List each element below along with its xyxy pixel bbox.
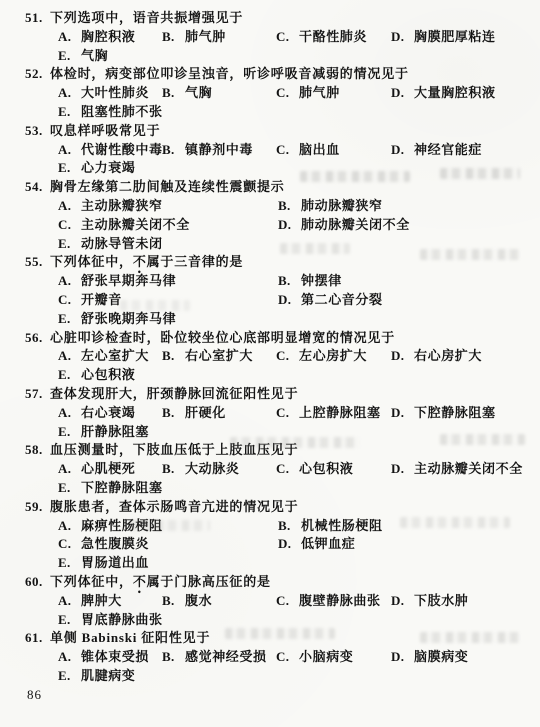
- option-label: E.: [58, 667, 81, 686]
- question-53: 53.叹息样呼吸常见于A.代谢性酸中毒B.镇静剂中毒C.脑出血D.神经官能症E.…: [0, 122, 540, 178]
- question-stem: 血压测量时，下肢血压低于上肢血压见于: [50, 442, 298, 457]
- question-list: 51.下列选项中，语音共振增强见于A.胸腔积液B.肺气肿C.干酪性肺炎D.胸膜肥…: [0, 9, 540, 686]
- question-60: 60.下列体征中，不属于门脉高压征的是A.脾肿大B.腹水C.腹壁静脉曲张D.下肢…: [0, 573, 540, 629]
- option-text: 气胸: [185, 85, 212, 100]
- option-text: 肺动脉瓣狭窄: [301, 198, 383, 213]
- option-D: D.右心房扩大: [391, 347, 482, 366]
- option-label: D.: [391, 460, 414, 479]
- option-D: D.第二心音分裂: [278, 291, 383, 310]
- option-E: E.胃肠道出血: [58, 554, 149, 573]
- option-label: C.: [276, 592, 299, 611]
- option-text: 左心室扩大: [81, 348, 149, 363]
- option-label: E.: [58, 479, 81, 498]
- option-label: C.: [58, 535, 81, 554]
- question-stem: 腹胀患者，查体示肠鸣音亢进的情况见于: [50, 499, 298, 514]
- option-text: 脑膜病变: [414, 649, 468, 664]
- option-text: 大叶性肺炎: [81, 85, 149, 100]
- emphasized-char: 不: [133, 254, 147, 269]
- option-C: C.肺气肿: [276, 84, 340, 103]
- option-B: B.肺气肿: [162, 28, 226, 47]
- option-text: 干酪性肺炎: [299, 29, 367, 44]
- option-C: C.主动脉瓣关闭不全: [58, 216, 190, 235]
- option-text: 肝硬化: [185, 405, 226, 420]
- option-label: B.: [162, 404, 185, 423]
- option-label: B.: [162, 84, 185, 103]
- option-label: A.: [58, 460, 81, 479]
- option-text: 心肌梗死: [81, 461, 135, 476]
- question-56: 56.心脏叩诊检查时，卧位较坐位心底部明显增宽的情况见于A.左心室扩大B.右心室…: [0, 329, 540, 385]
- option-label: D.: [391, 404, 414, 423]
- question-57: 57.查体发现肝大，肝颈静脉回流征阳性见于A.右心衰竭B.肝硬化C.上腔静脉阻塞…: [0, 385, 540, 441]
- option-label: A.: [58, 28, 81, 47]
- question-number: 53.: [25, 122, 50, 141]
- question-59: 59.腹胀患者，查体示肠鸣音亢进的情况见于A.麻痹性肠梗阻B.机械性肠梗阻C.急…: [0, 498, 540, 573]
- option-text: 动脉导管未闭: [81, 236, 163, 251]
- option-A: A.代谢性酸中毒: [58, 141, 163, 160]
- option-text: 舒张晚期奔马律: [81, 311, 176, 326]
- option-A: A.锥体束受损: [58, 648, 149, 667]
- option-label: E.: [58, 366, 81, 385]
- option-text: 左心房扩大: [299, 348, 367, 363]
- question-number: 57.: [25, 385, 50, 404]
- option-label: D.: [391, 648, 414, 667]
- option-C: C.上腔静脉阻塞: [276, 404, 381, 423]
- option-text: 胃肠道出血: [81, 555, 149, 570]
- option-label: D.: [391, 141, 414, 160]
- option-D: D.肺动脉瓣关闭不全: [278, 216, 410, 235]
- option-text: 心包积液: [299, 461, 353, 476]
- option-E: E.胃底静脉曲张: [58, 611, 163, 630]
- question-stem: 体检时，病变部位叩诊呈浊音，听诊呼吸音减弱的情况见于: [50, 66, 409, 81]
- option-B: B.大动脉炎: [162, 460, 239, 479]
- option-text: 右心室扩大: [185, 348, 253, 363]
- option-label: E.: [58, 554, 81, 573]
- option-text: 阻塞性肺不张: [81, 104, 163, 119]
- option-label: E.: [58, 159, 81, 178]
- option-text: 脾肿大: [81, 593, 122, 608]
- option-label: E.: [58, 103, 81, 122]
- option-label: E.: [58, 611, 81, 630]
- option-C: C.左心房扩大: [276, 347, 367, 366]
- option-text: 肝静脉阻塞: [81, 424, 149, 439]
- question-54: 54.胸骨左缘第二肋间触及连续性震颤提示A.主动脉瓣狭窄B.肺动脉瓣狭窄C.主动…: [0, 178, 540, 253]
- option-C: C.心包积液: [276, 460, 353, 479]
- question-number: 58.: [25, 441, 50, 460]
- option-text: 肌腱病变: [81, 668, 135, 683]
- option-text: 急性腹膜炎: [81, 536, 149, 551]
- option-B: B.肝硬化: [162, 404, 226, 423]
- option-label: D.: [391, 347, 414, 366]
- option-B: B.镇静剂中毒: [162, 141, 253, 160]
- option-text: 低钾血症: [301, 536, 355, 551]
- option-text: 心力衰竭: [81, 160, 135, 175]
- option-D: D.下肢水肿: [391, 592, 468, 611]
- option-A: A.心肌梗死: [58, 460, 135, 479]
- option-text: 开瓣音: [81, 292, 122, 307]
- option-C: C.急性腹膜炎: [58, 535, 149, 554]
- option-B: B.机械性肠梗阻: [278, 517, 383, 536]
- option-text: 主动脉瓣狭窄: [81, 198, 163, 213]
- option-label: C.: [276, 84, 299, 103]
- option-text: 右心房扩大: [414, 348, 482, 363]
- option-text: 肺气肿: [299, 85, 340, 100]
- question-52: 52.体检时，病变部位叩诊呈浊音，听诊呼吸音减弱的情况见于A.大叶性肺炎B.气胸…: [0, 65, 540, 121]
- option-label: B.: [162, 28, 185, 47]
- option-label: B.: [162, 347, 185, 366]
- question-stem: 查体发现肝大，肝颈静脉回流征阳性见于: [50, 386, 298, 401]
- option-label: A.: [58, 84, 81, 103]
- option-E: E.心力衰竭: [58, 159, 135, 178]
- option-text: 下肢水肿: [414, 593, 468, 608]
- option-label: C.: [276, 460, 299, 479]
- option-label: C.: [276, 404, 299, 423]
- option-A: A.脾肿大: [58, 592, 122, 611]
- question-61: 61.单侧 Babinski 征阳性见于A.锥体束受损B.感觉神经受损C.小脑病…: [0, 629, 540, 685]
- question-number: 59.: [25, 498, 50, 517]
- option-E: E.肝静脉阻塞: [58, 423, 149, 442]
- option-E: E.气胸: [58, 47, 108, 66]
- option-label: D.: [278, 216, 301, 235]
- question-number: 56.: [25, 329, 50, 348]
- option-label: A.: [58, 404, 81, 423]
- option-D: D.大量胸腔积液: [391, 84, 496, 103]
- option-label: D.: [278, 291, 301, 310]
- option-B: B.钟摆律: [278, 272, 342, 291]
- option-B: B.肺动脉瓣狭窄: [278, 197, 383, 216]
- option-B: B.感觉神经受损: [162, 648, 267, 667]
- question-51: 51.下列选项中，语音共振增强见于A.胸腔积液B.肺气肿C.干酪性肺炎D.胸膜肥…: [0, 9, 540, 65]
- option-label: E.: [58, 47, 81, 66]
- option-D: D.主动脉瓣关闭不全: [391, 460, 523, 479]
- option-label: C.: [276, 141, 299, 160]
- option-label: C.: [58, 291, 81, 310]
- option-label: C.: [276, 648, 299, 667]
- question-number: 60.: [25, 573, 50, 592]
- option-text: 心包积液: [81, 367, 135, 382]
- option-label: B.: [162, 648, 185, 667]
- option-A: A.舒张早期奔马律: [58, 272, 176, 291]
- option-text: 代谢性酸中毒: [81, 142, 163, 157]
- option-text: 小脑病变: [299, 649, 353, 664]
- question-number: 51.: [25, 9, 50, 28]
- option-label: D.: [278, 535, 301, 554]
- option-D: D.脑膜病变: [391, 648, 468, 667]
- option-E: E.舒张晚期奔马律: [58, 310, 176, 329]
- option-text: 上腔静脉阻塞: [299, 405, 381, 420]
- option-text: 大动脉炎: [185, 461, 239, 476]
- question-stem: 胸骨左缘第二肋间触及连续性震颤提示: [50, 179, 285, 194]
- question-stem: 下列体征中，不属于三音律的是: [50, 254, 243, 269]
- option-C: C.干酪性肺炎: [276, 28, 367, 47]
- option-label: C.: [276, 347, 299, 366]
- option-C: C.小脑病变: [276, 648, 353, 667]
- option-A: A.左心室扩大: [58, 347, 149, 366]
- option-label: A.: [58, 347, 81, 366]
- option-A: A.麻痹性肠梗阻: [58, 517, 163, 536]
- option-label: D.: [391, 28, 414, 47]
- option-label: C.: [276, 28, 299, 47]
- question-58: 58.血压测量时，下肢血压低于上肢血压见于A.心肌梗死B.大动脉炎C.心包积液D…: [0, 441, 540, 497]
- option-E: E.肌腱病变: [58, 667, 135, 686]
- option-text: 气胸: [81, 48, 108, 63]
- option-E: E.阻塞性肺不张: [58, 103, 163, 122]
- option-B: B.右心室扩大: [162, 347, 253, 366]
- option-text: 肺气肿: [185, 29, 226, 44]
- option-C: C.脑出血: [276, 141, 340, 160]
- option-text: 主动脉瓣关闭不全: [414, 461, 523, 476]
- option-text: 镇静剂中毒: [185, 142, 253, 157]
- option-E: E.心包积液: [58, 366, 135, 385]
- option-D: D.低钾血症: [278, 535, 355, 554]
- option-text: 右心衰竭: [81, 405, 135, 420]
- option-label: E.: [58, 310, 81, 329]
- option-text: 第二心音分裂: [301, 292, 383, 307]
- option-text: 感觉神经受损: [185, 649, 267, 664]
- question-stem: 心脏叩诊检查时，卧位较坐位心底部明显增宽的情况见于: [50, 330, 395, 345]
- question-stem: 叹息样呼吸常见于: [50, 123, 160, 138]
- emphasized-char: 不: [133, 574, 147, 589]
- option-label: A.: [58, 517, 81, 536]
- option-label: D.: [391, 84, 414, 103]
- option-text: 肺动脉瓣关闭不全: [301, 217, 410, 232]
- option-text: 锥体束受损: [81, 649, 149, 664]
- question-number: 55.: [25, 253, 50, 272]
- option-text: 下腔静脉阻塞: [414, 405, 496, 420]
- option-text: 腹水: [185, 593, 212, 608]
- option-text: 机械性肠梗阻: [301, 518, 383, 533]
- option-label: A.: [58, 141, 81, 160]
- option-B: B.气胸: [162, 84, 212, 103]
- question-number: 52.: [25, 65, 50, 84]
- option-label: B.: [278, 517, 301, 536]
- option-A: A.右心衰竭: [58, 404, 135, 423]
- option-text: 胸膜肥厚粘连: [414, 29, 496, 44]
- option-text: 主动脉瓣关闭不全: [81, 217, 190, 232]
- option-label: D.: [391, 592, 414, 611]
- question-number: 61.: [25, 629, 50, 648]
- option-E: E.下腔静脉阻塞: [58, 479, 163, 498]
- option-text: 下腔静脉阻塞: [81, 480, 163, 495]
- question-stem: 下列体征中，不属于门脉高压征的是: [50, 574, 271, 589]
- scanned-exam-page: 51.下列选项中，语音共振增强见于A.胸腔积液B.肺气肿C.干酪性肺炎D.胸膜肥…: [0, 0, 540, 727]
- option-label: A.: [58, 648, 81, 667]
- option-text: 腹壁静脉曲张: [299, 593, 381, 608]
- question-55: 55.下列体征中，不属于三音律的是A.舒张早期奔马律B.钟摆律C.开瓣音D.第二…: [0, 253, 540, 328]
- option-label: A.: [58, 272, 81, 291]
- option-label: C.: [58, 216, 81, 235]
- option-C: C.腹壁静脉曲张: [276, 592, 381, 611]
- option-D: D.神经官能症: [391, 141, 482, 160]
- option-A: A.胸腔积液: [58, 28, 135, 47]
- option-B: B.腹水: [162, 592, 212, 611]
- option-A: A.大叶性肺炎: [58, 84, 149, 103]
- page-number: 86: [27, 687, 540, 703]
- option-label: A.: [58, 592, 81, 611]
- option-label: B.: [278, 272, 301, 291]
- option-text: 舒张早期奔马律: [81, 273, 176, 288]
- question-stem: 下列选项中，语音共振增强见于: [50, 10, 243, 25]
- option-text: 麻痹性肠梗阻: [81, 518, 163, 533]
- option-text: 神经官能症: [414, 142, 482, 157]
- option-text: 脑出血: [299, 142, 340, 157]
- option-text: 胃底静脉曲张: [81, 612, 163, 627]
- option-text: 大量胸腔积液: [414, 85, 496, 100]
- question-number: 54.: [25, 178, 50, 197]
- option-label: A.: [58, 197, 81, 216]
- option-A: A.主动脉瓣狭窄: [58, 197, 163, 216]
- option-C: C.开瓣音: [58, 291, 122, 310]
- option-E: E.动脉导管未闭: [58, 235, 163, 254]
- option-D: D.胸膜肥厚粘连: [391, 28, 496, 47]
- option-label: E.: [58, 423, 81, 442]
- option-label: B.: [278, 197, 301, 216]
- option-label: B.: [162, 592, 185, 611]
- question-stem: 单侧 Babinski 征阳性见于: [50, 630, 210, 645]
- option-label: E.: [58, 235, 81, 254]
- option-label: B.: [162, 460, 185, 479]
- option-text: 钟摆律: [301, 273, 342, 288]
- option-D: D.下腔静脉阻塞: [391, 404, 496, 423]
- option-label: B.: [162, 141, 185, 160]
- option-text: 胸腔积液: [81, 29, 135, 44]
